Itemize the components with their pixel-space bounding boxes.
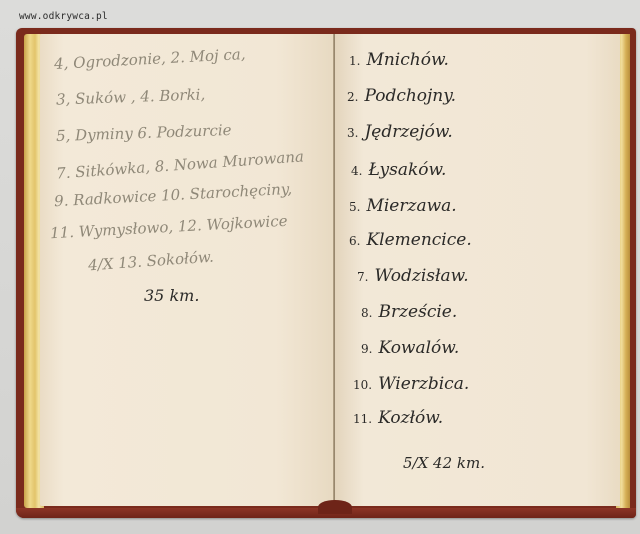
right-item-1: 1.Mnichów. xyxy=(349,50,449,70)
left-line-6: 11. Wymysłowo, 12. Wojkowice xyxy=(50,212,288,242)
right-item-8: 8.Brzeście. xyxy=(361,302,457,322)
left-line-5: 9. Radkowice 10. Starochęciny, xyxy=(54,180,293,210)
right-page: 1.Mnichów. 2.Podchojny. 3.Jędrzejów. 4.Ł… xyxy=(335,34,620,506)
watermark: www.odkrywca.pl xyxy=(19,11,108,22)
left-line-4: 7. Sitkówka, 8. Nowa Murowana xyxy=(56,147,305,182)
right-item-7: 7.Wodzisław. xyxy=(357,266,469,286)
left-line-2: 3, Suków , 4. Borki, xyxy=(56,85,206,108)
notebook-photo: www.odkrywca.pl 4, Ogrodzonie, 2. Moj ca… xyxy=(0,0,640,534)
spine-notch xyxy=(318,500,352,514)
right-item-6: 6.Klemencice. xyxy=(349,230,472,250)
left-page: 4, Ogrodzonie, 2. Moj ca, 3, Suków , 4. … xyxy=(40,34,335,506)
right-item-10: 10.Wierzbica. xyxy=(353,374,469,394)
right-item-2: 2.Podchojny. xyxy=(347,86,456,106)
right-item-3: 3.Jędrzejów. xyxy=(347,122,453,142)
right-item-11: 11.Kozłów. xyxy=(353,408,443,428)
right-footer-date-distance: 5/X 42 km. xyxy=(403,454,485,472)
right-item-9: 9.Kowalów. xyxy=(361,338,459,358)
right-item-5: 5.Mierzawa. xyxy=(349,196,457,216)
left-total-distance: 35 km. xyxy=(144,286,199,305)
right-item-4: 4.Łysaków. xyxy=(351,160,446,180)
left-line-7: 4/X 13. Sokołów. xyxy=(88,248,215,275)
left-line-1: 4, Ogrodzonie, 2. Moj ca, xyxy=(54,45,246,73)
left-line-3: 5, Dyminy 6. Podzurcie xyxy=(56,121,232,145)
